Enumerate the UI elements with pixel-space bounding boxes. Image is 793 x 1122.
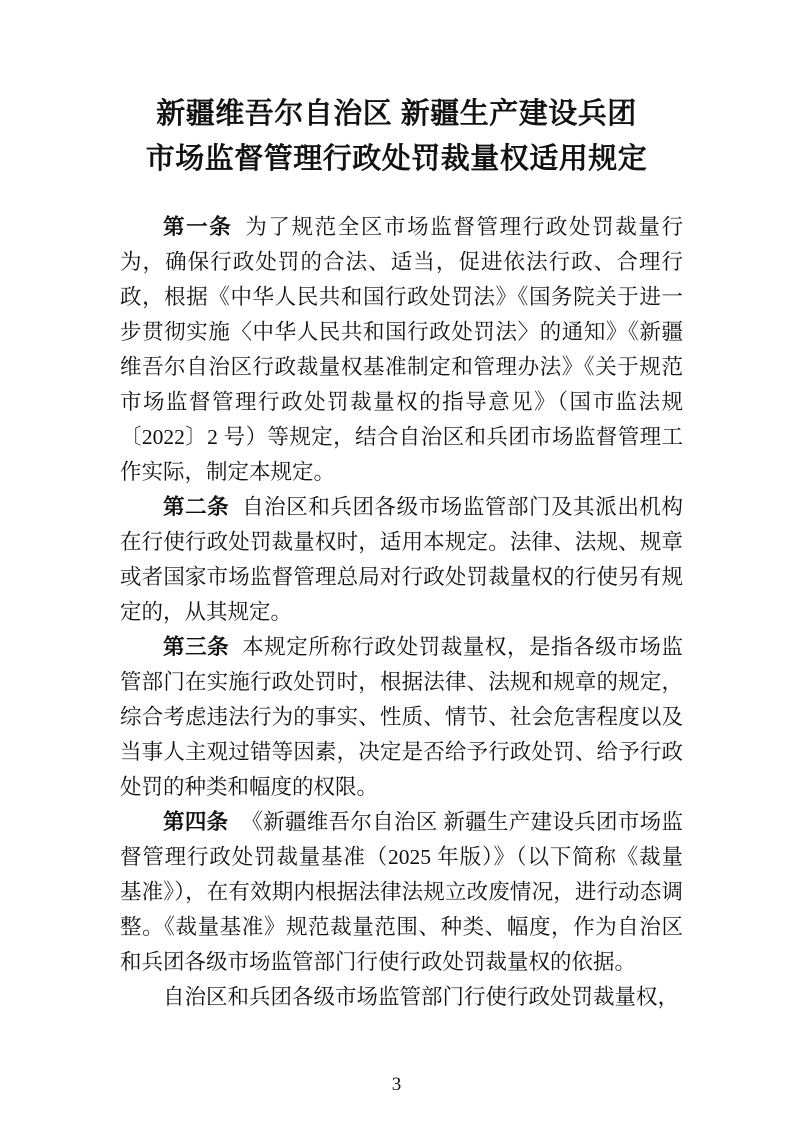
document-body: 第一条为了规范全区市场监督管理行政处罚裁量行为，确保行政处罚的合法、适当，促进依… (120, 210, 683, 1015)
article-3-text: 本规定所称行政处罚裁量权，是指各级市场监管部门在实施行政处罚时，根据法律、法规和… (120, 635, 683, 799)
article-2-label: 第二条 (163, 495, 229, 519)
article-paragraph-4: 第四条《新疆维吾尔自治区 新疆生产建设兵团市场监督管理行政处罚裁量基准（2025… (120, 805, 683, 980)
article-4-label: 第四条 (163, 810, 228, 834)
document-title: 新疆维吾尔自治区 新疆生产建设兵团 市场监督管理行政处罚裁量权适用规定 (0, 92, 793, 182)
article-1-text: 为了规范全区市场监督管理行政处罚裁量行为，确保行政处罚的合法、适当，促进依法行政… (120, 215, 683, 484)
article-paragraph-1: 第一条为了规范全区市场监督管理行政处罚裁量行为，确保行政处罚的合法、适当，促进依… (120, 210, 683, 490)
document-page: 新疆维吾尔自治区 新疆生产建设兵团 市场监督管理行政处罚裁量权适用规定 第一条为… (0, 0, 793, 1122)
article-1-label: 第一条 (163, 215, 232, 239)
title-line-1: 新疆维吾尔自治区 新疆生产建设兵团 (0, 92, 793, 137)
article-3-label: 第三条 (163, 635, 229, 659)
page-number: 3 (0, 1074, 793, 1096)
article-4-text: 《新疆维吾尔自治区 新疆生产建设兵团市场监督管理行政处罚裁量基准（2025 年版… (120, 810, 683, 974)
continuation-text: 自治区和兵团各级市场监管部门行使行政处罚裁量权， (163, 985, 679, 1009)
article-paragraph-2: 第二条自治区和兵团各级市场监管部门及其派出机构在行使行政处罚裁量权时，适用本规定… (120, 490, 683, 630)
article-paragraph-3: 第三条本规定所称行政处罚裁量权，是指各级市场监管部门在实施行政处罚时，根据法律、… (120, 630, 683, 805)
title-line-2: 市场监督管理行政处罚裁量权适用规定 (0, 137, 793, 182)
continuation-paragraph: 自治区和兵团各级市场监管部门行使行政处罚裁量权， (120, 980, 683, 1015)
